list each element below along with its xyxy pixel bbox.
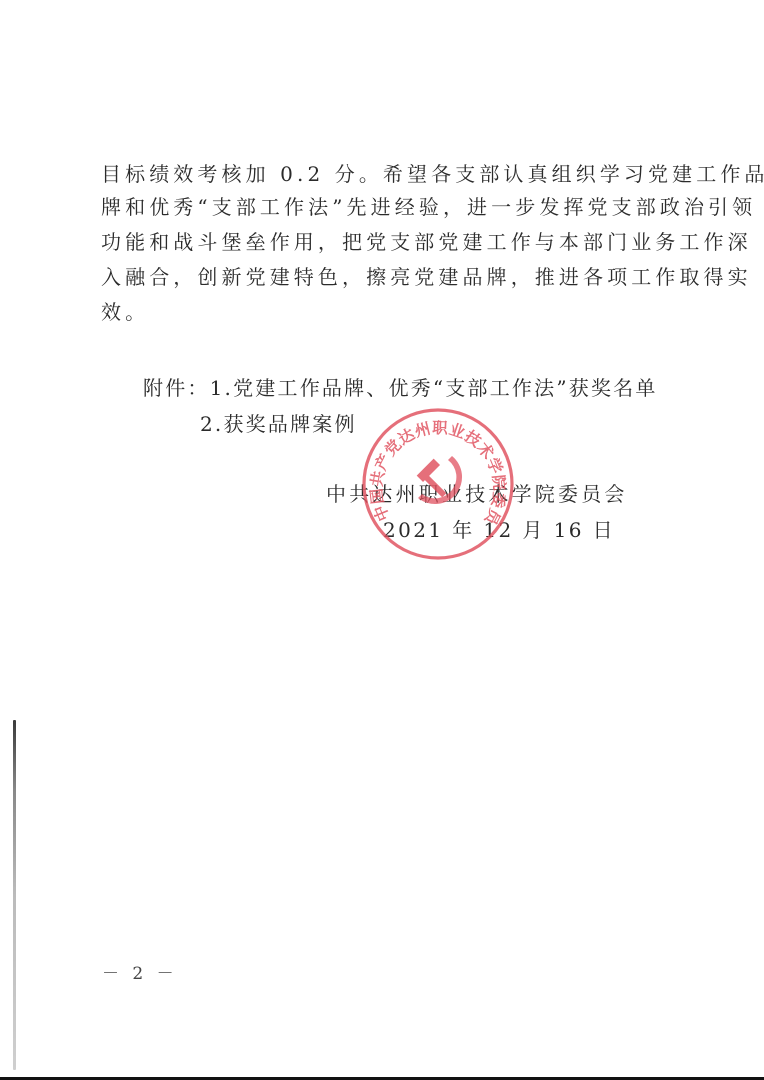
signing-organization: 中共达州职业技术学院委员会 [326, 482, 628, 506]
body-text-line: 效。 [101, 300, 149, 324]
body-text-line: 目标绩效考核加 0.2 分。希望各支部认真组织学习党建工作品 [101, 162, 764, 186]
seal-text: 中国共产党达州职业技术学院委员会 [360, 406, 509, 529]
svg-text:中国共产党达州职业技术学院委员会: 中国共产党达州职业技术学院委员会 [360, 406, 509, 529]
attachment-item-2: 2.获奖品牌案例 [200, 412, 357, 436]
body-text-line: 入融合，创新党建特色，擦亮党建品牌，推进各项工作取得实 [101, 265, 752, 289]
document-page: 目标绩效考核加 0.2 分。希望各支部认真组织学习党建工作品 牌和优秀“支部工作… [0, 0, 764, 1080]
signing-date: 2021 年 12 月 16 日 [383, 518, 615, 542]
attachments-label: 附件： [143, 376, 210, 400]
body-text-line: 功能和战斗堡垒作用，把党支部党建工作与本部门业务工作深 [101, 230, 752, 254]
body-text-line: 牌和优秀“支部工作法”先进经验，进一步发挥党支部政治引领 [101, 195, 756, 219]
page-number: － 2 － [102, 964, 178, 984]
attachment-item-1: 1.党建工作品牌、优秀“支部工作法”获奖名单 [210, 376, 658, 400]
scan-edge-shadow [13, 720, 16, 1070]
attachments-block: 附件：1.党建工作品牌、优秀“支部工作法”获奖名单 [143, 376, 658, 400]
